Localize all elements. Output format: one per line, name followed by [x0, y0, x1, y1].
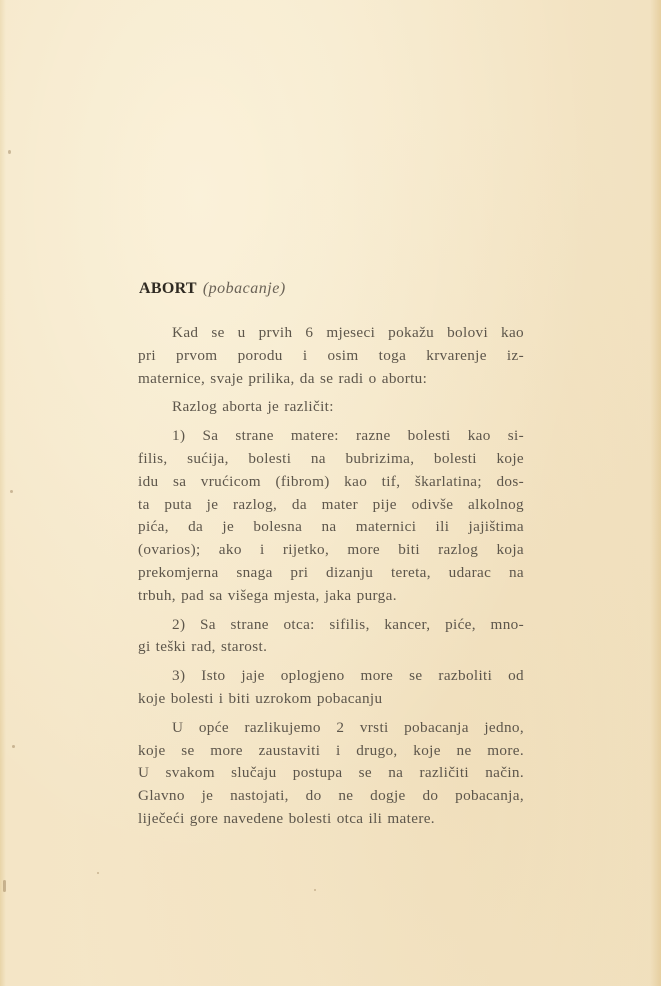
text-line: trbuh, pad sa višega mjesta, jaka purga.	[104, 585, 524, 608]
text-line: idu sa vrućicom (fibrom) kao tif, škarla…	[104, 471, 524, 494]
paper-blemish	[3, 880, 6, 892]
text-line: Glavno je nastojati, do ne dogje do poba…	[104, 785, 524, 808]
paragraph-reason-1: 1) Sa strane matere: razne bolesti kao s…	[138, 425, 524, 607]
text-line: maternice, svaje prilika, da se radi o a…	[104, 368, 524, 391]
document-body: Kad se u prvih 6 mjeseci pokažu bolovi k…	[138, 322, 524, 831]
text-line: pića, da je bolesna na maternici ili jaj…	[104, 516, 524, 539]
text-line: 3) Isto jaje oplogjeno more se razboliti…	[138, 665, 524, 688]
heading-title: ABORT	[139, 280, 197, 297]
text-line: liječeći gore navedene bolesti otca ili …	[104, 808, 524, 831]
paper-blemish	[97, 872, 99, 874]
text-line: filis, sućija, bolesti na bubrizima, bol…	[104, 448, 524, 471]
text-line: 1) Sa strane matere: razne bolesti kao s…	[138, 425, 524, 448]
heading-subtitle: (pobacanje)	[203, 280, 286, 297]
text-line: U opće razlikujemo 2 vrsti pobacanja jed…	[138, 717, 524, 740]
text-line: prekomjerna snaga pri dizanju tereta, ud…	[104, 562, 524, 585]
text-line: (ovarios); ako i rijetko, more biti razl…	[104, 539, 524, 562]
paragraph-reason-3: 3) Isto jaje oplogjeno more se razboliti…	[138, 665, 524, 711]
text-line: Razlog aborta je različit:	[138, 396, 524, 419]
document-page: ABORT(pobacanje) Kad se u prvih 6 mjesec…	[0, 0, 661, 986]
paragraph-intro: Kad se u prvih 6 mjeseci pokažu bolovi k…	[138, 322, 524, 390]
text-line: 2) Sa strane otca: sifilis, kancer, piće…	[138, 614, 524, 637]
paper-blemish	[314, 889, 316, 891]
paragraph-reason-2: 2) Sa strane otca: sifilis, kancer, piće…	[138, 614, 524, 660]
text-line: ta puta je razlog, da mater pije odivše …	[104, 494, 524, 517]
text-line: koje se more zaustaviti i drugo, koje ne…	[104, 740, 524, 763]
paper-blemish	[8, 150, 11, 154]
paper-blemish	[10, 490, 13, 493]
text-line: gi teški rad, starost.	[104, 636, 524, 659]
text-line: koje bolesti i biti uzrokom pobacanju	[104, 688, 524, 711]
page-heading: ABORT(pobacanje)	[139, 279, 286, 299]
text-line: U svakom slučaju postupa se na različiti…	[104, 762, 524, 785]
text-line: Kad se u prvih 6 mjeseci pokažu bolovi k…	[138, 322, 524, 345]
text-line: pri prvom porodu i osim toga krvarenje i…	[104, 345, 524, 368]
paper-blemish	[12, 745, 15, 748]
paragraph-conclusion: U opće razlikujemo 2 vrsti pobacanja jed…	[138, 717, 524, 831]
paragraph-reasons-intro: Razlog aborta je različit:	[138, 396, 524, 419]
